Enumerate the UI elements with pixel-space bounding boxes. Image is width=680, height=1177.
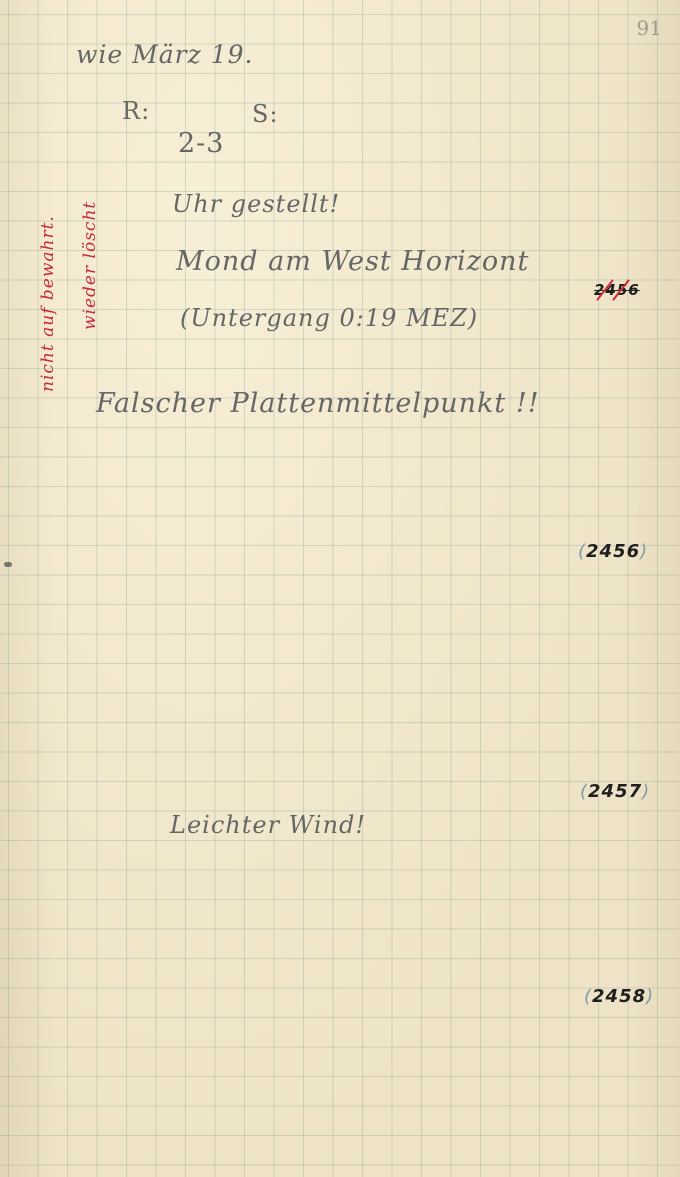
margin-mark [4, 562, 12, 567]
margin-note-line1: nicht auf bewahrt. [38, 215, 58, 392]
note-moonset: (Untergang 0:19 MEZ) [180, 304, 478, 332]
notebook-page: 91 wie März 19. R: S: 2-3 Uhr gestellt! … [0, 0, 680, 1177]
note-light-wind: Leichter Wind! [170, 811, 366, 839]
margin-note-line2: wieder löscht [80, 201, 100, 330]
plate-number-entry-3: (2458) [584, 986, 654, 1007]
page-number: 91 [637, 16, 662, 40]
plate-number-entry-1: (2456) [578, 541, 648, 562]
header-date: wie März 19. [76, 40, 253, 69]
note-clock-set: Uhr gestellt! [172, 190, 340, 218]
struck-plate-number: 2456 [594, 281, 640, 299]
note-wrong-plate-center: Falscher Plattenmittelpunkt !! [96, 388, 540, 419]
s-label: S: [252, 100, 279, 128]
r-label: R: [122, 97, 150, 125]
plate-number-entry-2: (2457) [580, 781, 650, 802]
r-value: 2-3 [178, 128, 224, 159]
note-moon-west-horizon: Mond am West Horizont [176, 246, 529, 277]
